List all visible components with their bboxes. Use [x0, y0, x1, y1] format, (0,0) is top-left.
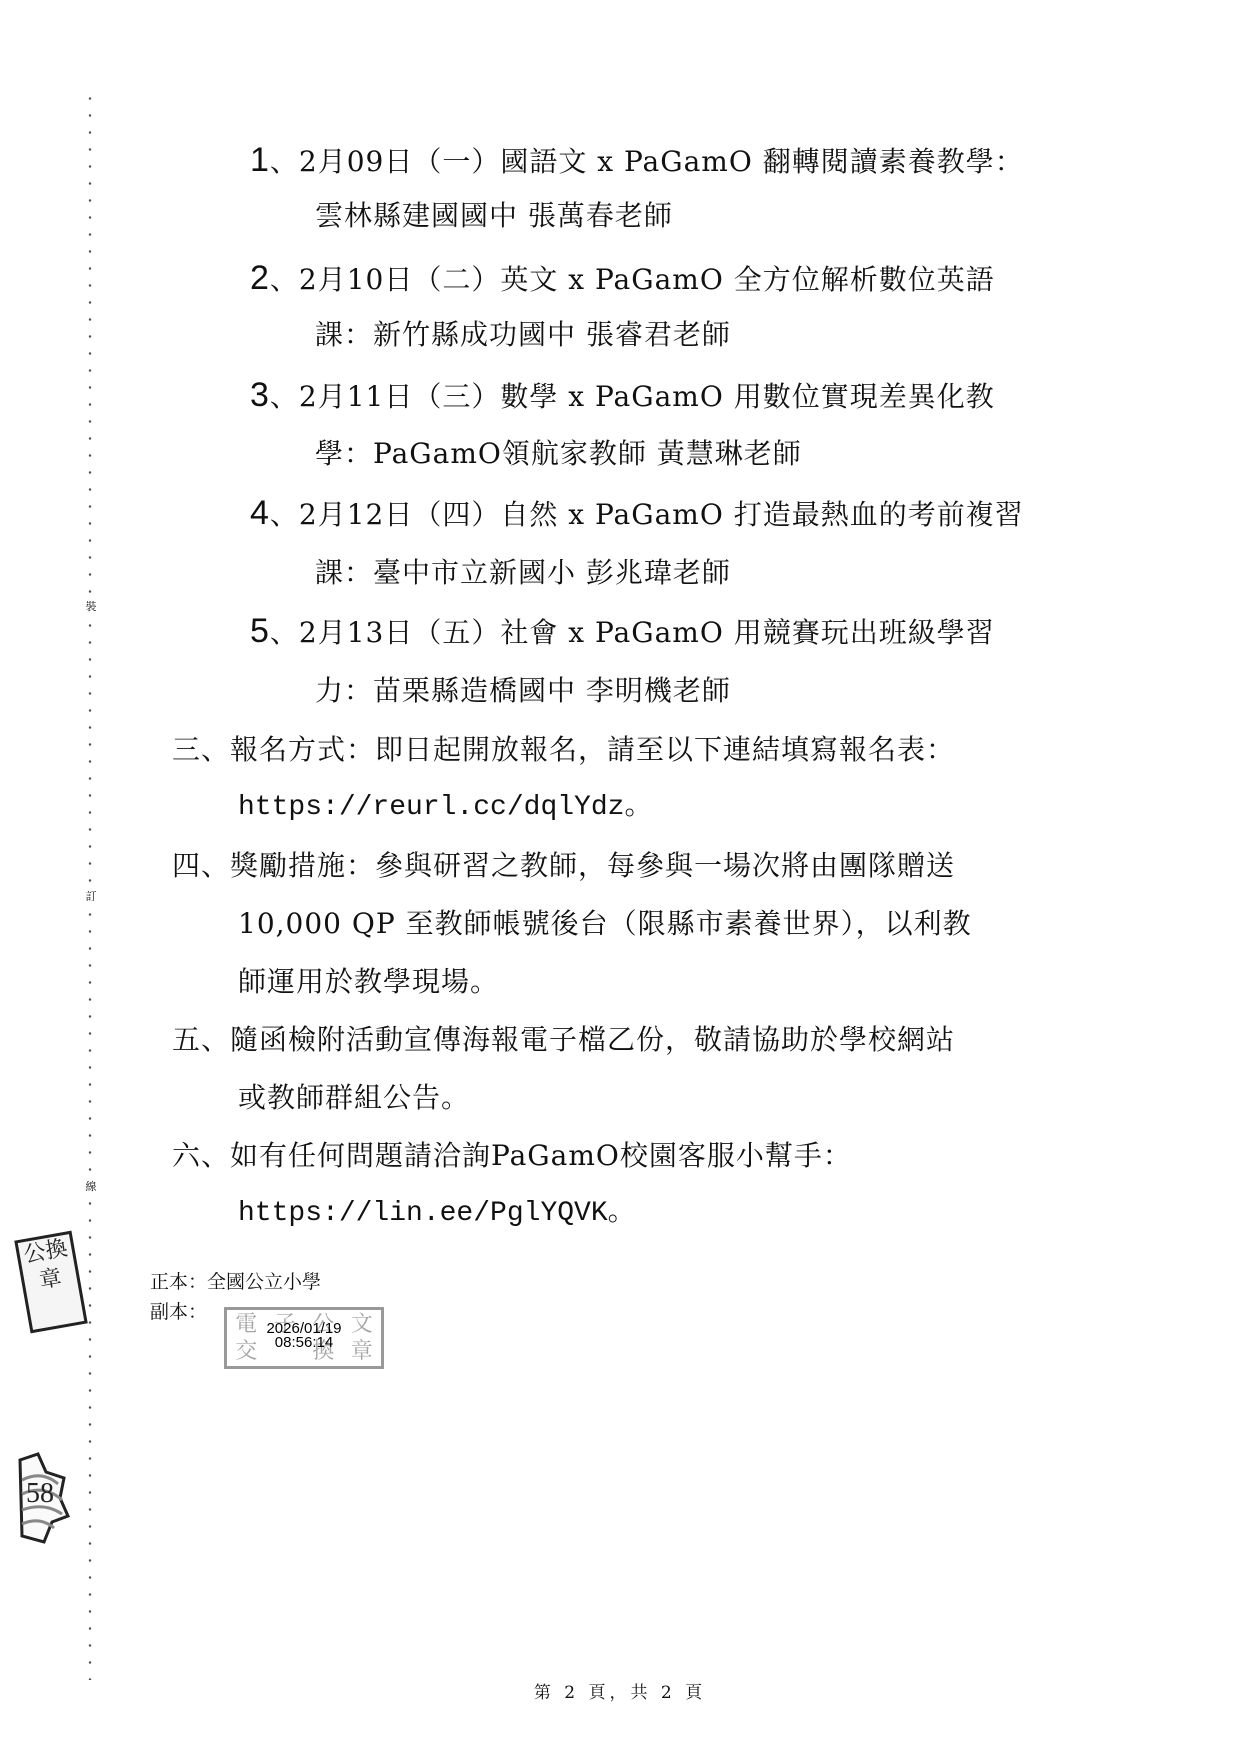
original-recipient: 正本：全國公立小學: [150, 1270, 321, 1294]
section-contact-line1: 六、如有任何問題請洽詢PaGamO校園客服小幫手：: [172, 1138, 852, 1174]
item-title: 、2月12日（四）自然 x PaGamO 打造最熱血的考前複習: [270, 498, 1024, 531]
binding-label-zhuang: 裝: [84, 600, 98, 614]
section-text: 獎勵措施：參與研習之教師，每參與一場次將由團隊贈送: [230, 849, 955, 882]
item-number: 3: [250, 376, 270, 414]
section-rewards-line2: 10,000 QP 至教師帳號後台（限縣市素養世界），以利教: [238, 906, 972, 942]
session-item-5: 5、2月13日（五）社會 x PaGamO 用競賽玩出班級學習: [250, 613, 995, 651]
seal-flower-number: 58: [26, 1478, 54, 1510]
session-item-5-speaker: 力：苗栗縣造橋國中 李明機老師: [315, 673, 731, 709]
original-value: 全國公立小學: [207, 1271, 321, 1293]
electronic-exchange-stamp: 電 子 公 文 交 換 章 2026/01/19 08:56:14: [224, 1307, 384, 1369]
section-text: 報名方式：即日起開放報名，請至以下連結填寫報名表：: [230, 733, 955, 766]
item-number: 4: [250, 494, 270, 532]
item-title: 、2月09日（一）國語文 x PaGamO 翻轉閱讀素養教學：: [270, 145, 1024, 178]
section-rewards-line3: 師運用於教學現場。: [238, 964, 499, 1000]
copy-recipient-label: 副本：: [150, 1300, 207, 1324]
section-label: 六、: [172, 1139, 230, 1172]
section-poster-line1: 五、隨函檢附活動宣傳海報電子檔乙份，敬請協助於學校網站: [172, 1022, 955, 1058]
stamp-time: 08:56:14: [227, 1336, 381, 1350]
item-number: 2: [250, 259, 270, 297]
session-item-1: 1、2月09日（一）國語文 x PaGamO 翻轉閱讀素養教學：: [250, 142, 1024, 180]
session-item-2-speaker: 課：新竹縣成功國中 張睿君老師: [315, 317, 731, 353]
section-rewards-line1: 四、獎勵措施：參與研習之教師，每參與一場次將由團隊贈送: [172, 848, 955, 884]
item-title: 、2月11日（三）數學 x PaGamO 用數位實現差異化教: [270, 380, 995, 413]
section-label: 五、: [172, 1023, 230, 1056]
item-title: 、2月13日（五）社會 x PaGamO 用競賽玩出班級學習: [270, 616, 995, 649]
section-text: 如有任何問題請洽詢PaGamO校園客服小幫手：: [230, 1139, 852, 1172]
session-item-4: 4、2月12日（四）自然 x PaGamO 打造最熱血的考前複習: [250, 495, 1024, 533]
item-number: 1: [250, 141, 270, 179]
section-poster-line2: 或教師群組公告。: [238, 1080, 470, 1116]
binding-dotted-line: [88, 90, 92, 1680]
item-title: 、2月10日（二）英文 x PaGamO 全方位解析數位英語: [270, 263, 995, 296]
registration-link[interactable]: https://reurl.cc/dqlYdz。: [238, 790, 652, 826]
page-number-footer: 第 2 頁，共 2 頁: [0, 1678, 1240, 1703]
binding-label-xian: 線: [84, 1180, 98, 1194]
session-item-3: 3、2月11日（三）數學 x PaGamO 用數位實現差異化教: [250, 377, 995, 415]
section-registration-line1: 三、報名方式：即日起開放報名，請至以下連結填寫報名表：: [172, 732, 955, 768]
seal-square-icon: 公換章: [14, 1231, 87, 1334]
session-item-2: 2、2月10日（二）英文 x PaGamO 全方位解析數位英語: [250, 260, 995, 298]
section-text: 隨函檢附活動宣傳海報電子檔乙份，敬請協助於學校網站: [230, 1023, 955, 1056]
original-label: 正本：: [150, 1271, 207, 1293]
section-label: 四、: [172, 849, 230, 882]
item-number: 5: [250, 612, 270, 650]
session-item-1-speaker: 雲林縣建國國中 張萬春老師: [315, 198, 673, 234]
binding-label-ding: 訂: [84, 890, 98, 904]
section-label: 三、: [172, 733, 230, 766]
stamp-timestamp: 2026/01/19 08:56:14: [227, 1322, 381, 1350]
contact-link[interactable]: https://lin.ee/PglYQVK。: [238, 1196, 636, 1232]
session-item-3-speaker: 學：PaGamO領航家教師 黃慧琳老師: [315, 436, 802, 472]
session-item-4-speaker: 課：臺中市立新國小 彭兆瑋老師: [315, 555, 731, 591]
